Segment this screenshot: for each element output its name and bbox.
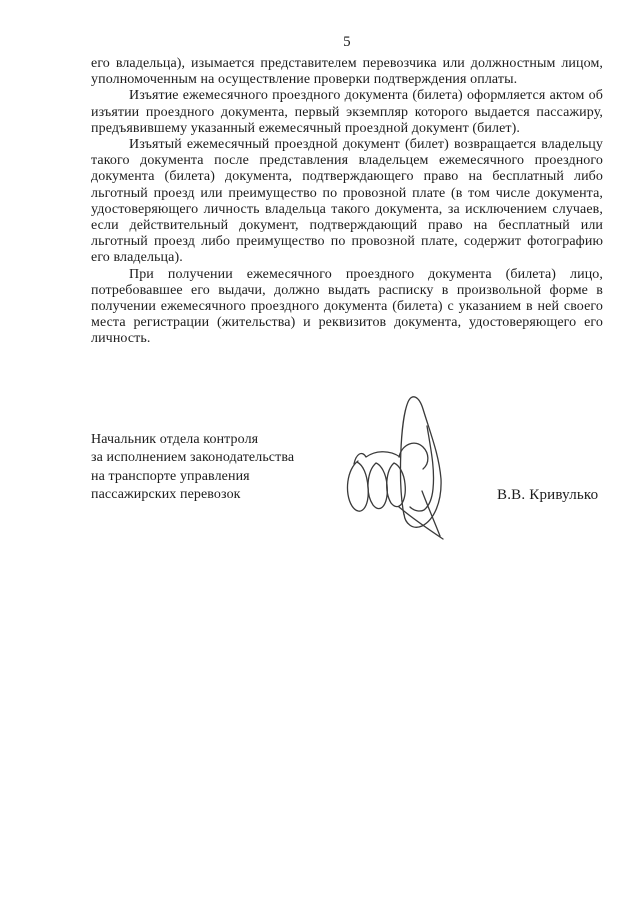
paragraph-receipt-requirement: При получении ежемесячного проездного до… — [91, 267, 603, 348]
handwritten-signature-icon — [342, 393, 446, 541]
paragraph-return-conditions: Изъятый ежемесячный проездной документ (… — [91, 137, 603, 267]
document-page: 5 его владельца), изымается представител… — [0, 0, 632, 905]
signatory-title-line: Начальник отдела контроля — [91, 431, 351, 449]
document-body: его владельца), изымается представителем… — [91, 56, 603, 348]
signatory-title-line: за исполнением законодательства — [91, 449, 351, 467]
page-number: 5 — [91, 34, 603, 51]
signatory-title-line: пассажирских перевозок — [91, 486, 351, 504]
paragraph-continuation: его владельца), изымается представителем… — [91, 56, 603, 88]
signatory-title-block: Начальник отдела контроля за исполнением… — [91, 431, 351, 504]
paragraph-seizure-act: Изъятие ежемесячного проездного документ… — [91, 88, 603, 137]
signatory-title-line: на транспорте управления — [91, 468, 351, 486]
signatory-name: В.В. Кривулько — [497, 487, 598, 504]
